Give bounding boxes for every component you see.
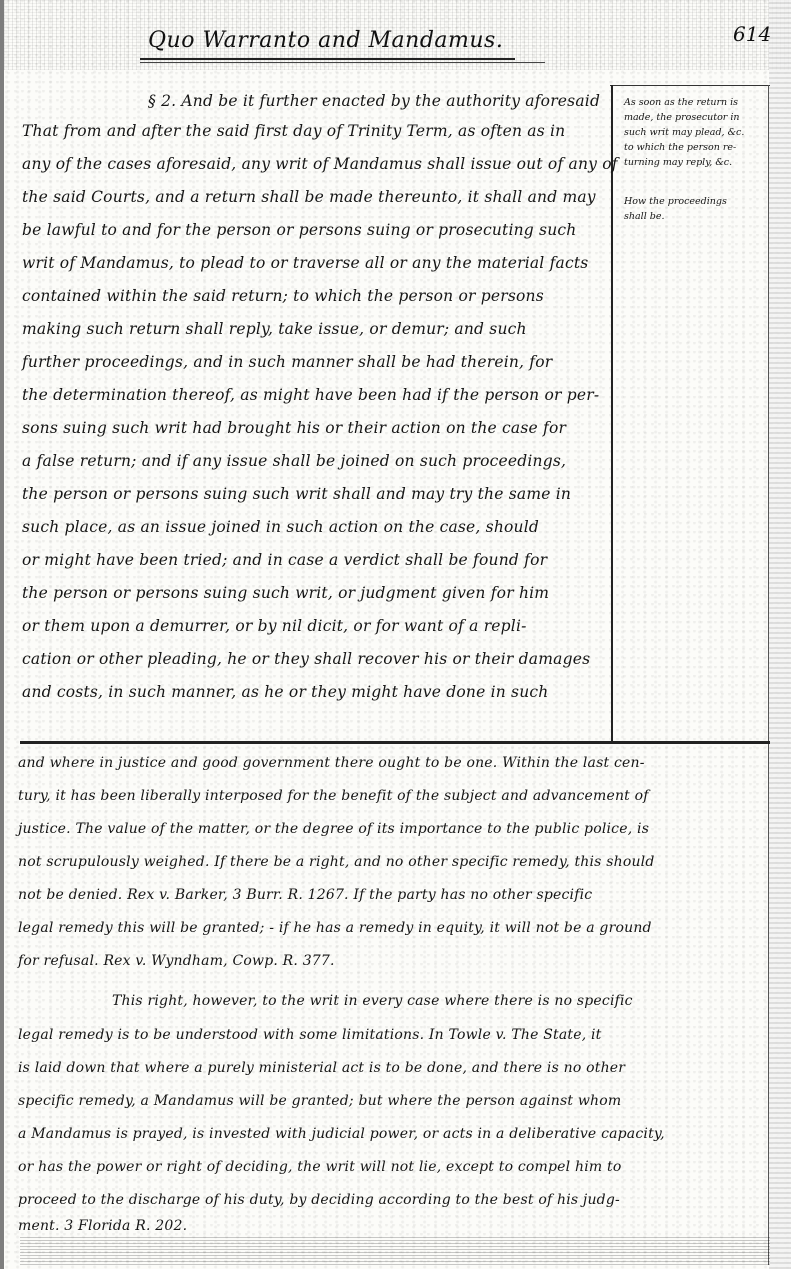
text-line: legal remedy is to be understood with so…	[18, 1027, 602, 1043]
text-line: making such return shall reply, take iss…	[22, 320, 527, 338]
text-line: the determination thereof, as might have…	[22, 386, 599, 404]
scan-edge-right	[769, 0, 791, 1269]
text-line: writ of Mandamus, to plead to or travers…	[22, 254, 588, 272]
margin-note: turning may reply, &c.	[624, 157, 732, 168]
manuscript-page: Quo Warranto and Mandamus. 614 § 2. And …	[0, 0, 791, 1269]
text-line: ment. 3 Florida R. 202.	[18, 1218, 187, 1234]
margin-note: shall be.	[624, 211, 664, 222]
text-line: such place, as an issue joined in such a…	[22, 518, 539, 536]
text-line: or has the power or right of deciding, t…	[18, 1159, 621, 1175]
text-line: the person or persons suing such writ, o…	[22, 584, 549, 602]
scan-edge-left	[0, 0, 4, 1269]
text-line: This right, however, to the writ in ever…	[112, 993, 633, 1009]
title-underline-double	[140, 62, 545, 63]
text-line: be lawful to and for the person or perso…	[22, 221, 576, 239]
scan-smudge	[20, 1235, 770, 1265]
text-line: legal remedy this will be granted; - if …	[18, 920, 652, 936]
text-line: or them upon a demurrer, or by nil dicit…	[22, 617, 527, 635]
text-line: cation or other pleading, he or they sha…	[22, 650, 590, 668]
margin-note: such writ may plead, &c.	[624, 127, 744, 138]
margin-note: made, the prosecutor in	[624, 112, 740, 123]
text-line: is laid down that where a purely ministe…	[18, 1060, 625, 1076]
text-line: specific remedy, a Mandamus will be gran…	[18, 1093, 621, 1109]
margin-frame-top	[610, 85, 770, 86]
margin-note: As soon as the return is	[624, 97, 738, 108]
text-line: not scrupulously weighed. If there be a …	[18, 854, 655, 870]
text-line: That from and after the said first day o…	[22, 122, 565, 140]
text-line: or might have been tried; and in case a …	[22, 551, 547, 569]
text-line: § 2. And be it further enacted by the au…	[148, 92, 600, 110]
text-line: contained within the said return; to whi…	[22, 287, 544, 305]
page-title: Quo Warranto and Mandamus.	[148, 28, 503, 53]
text-line: the said Courts, and a return shall be m…	[22, 188, 596, 206]
text-line: sons suing such writ had brought his or …	[22, 419, 566, 437]
text-line: and where in justice and good government…	[18, 755, 645, 771]
text-line: proceed to the discharge of his duty, by…	[18, 1192, 620, 1208]
text-line: any of the cases aforesaid, any writ of …	[22, 155, 618, 173]
right-rule	[768, 85, 769, 1265]
margin-note: How the proceedings	[624, 196, 727, 207]
text-line: a false return; and if any issue shall b…	[22, 452, 566, 470]
section-divider	[20, 741, 770, 744]
title-underline	[140, 58, 515, 60]
text-line: a Mandamus is prayed, is invested with j…	[18, 1126, 665, 1142]
text-line: not be denied. Rex v. Barker, 3 Burr. R.…	[18, 887, 592, 903]
text-line: the person or persons suing such writ sh…	[22, 485, 571, 503]
text-line: for refusal. Rex v. Wyndham, Cowp. R. 37…	[18, 953, 335, 969]
page-number: 614	[733, 22, 771, 46]
margin-note: to which the person re-	[624, 142, 736, 153]
text-line: and costs, in such manner, as he or they…	[22, 683, 548, 701]
text-line: justice. The value of the matter, or the…	[18, 821, 649, 837]
margin-rule	[611, 85, 613, 743]
text-line: tury, it has been liberally interposed f…	[18, 788, 649, 804]
text-line: further proceedings, and in such manner …	[22, 353, 552, 371]
